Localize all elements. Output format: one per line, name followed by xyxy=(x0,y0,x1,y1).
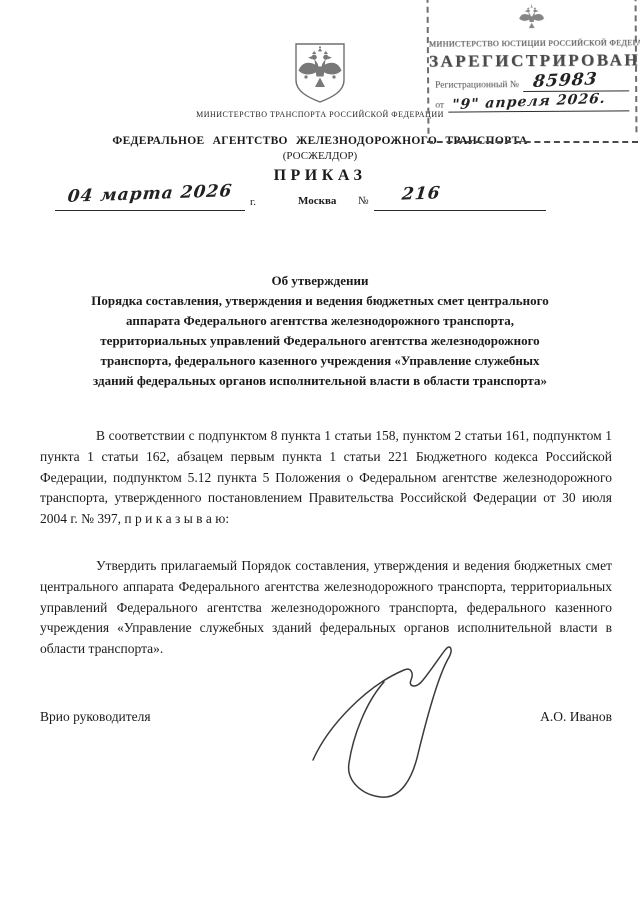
russia-coat-of-arms-icon xyxy=(293,42,347,104)
number-field: 216 xyxy=(374,184,546,211)
stamp-reg-number-value: 85983 xyxy=(522,71,598,91)
signer-name: А.О. Иванов xyxy=(540,709,612,725)
order-title-line: транспорта, федерального казенного учреж… xyxy=(0,351,640,371)
date-field: 04 марта 2026 xyxy=(55,184,245,211)
stamp-ministry-line: МИНИСТЕРСТВО ЮСТИЦИИ РОССИЙСКОЙ ФЕДЕРАЦИ… xyxy=(429,38,635,48)
number-sign: № xyxy=(358,195,369,207)
signature-block: Врио руководителя А.О. Иванов xyxy=(40,709,612,725)
document-type-heading: ПРИКАЗ xyxy=(0,167,640,185)
registration-stamp: МИНИСТЕРСТВО ЮСТИЦИИ РОССИЙСКОЙ ФЕДЕРАЦИ… xyxy=(427,0,638,134)
body-paragraph-preamble: В соответствии с подпунктом 8 пункта 1 с… xyxy=(40,426,612,530)
ministry-justice-eagle-icon xyxy=(516,2,548,38)
order-title-line: территориальных управлений Федерального … xyxy=(0,331,640,351)
order-title-line: аппарата Федерального агентства железнод… xyxy=(0,311,640,331)
stamp-date-prefix: от xyxy=(435,101,444,113)
stamp-reg-number-label: Регистрационный № xyxy=(435,80,519,93)
order-title-line: Об утверждении xyxy=(0,271,640,291)
stamp-date-line: "9" апреля 2026. xyxy=(448,93,629,112)
stamp-reg-number-line: 85983 xyxy=(523,72,629,92)
signer-position: Врио руководителя xyxy=(40,709,151,725)
number-handwritten: 216 xyxy=(401,183,442,204)
stamp-date-value: "9" апреля 2026. xyxy=(447,92,606,113)
date-year-suffix: г. xyxy=(250,196,256,208)
date-handwritten: 04 марта 2026 xyxy=(67,181,234,207)
document-page: МИНИСТЕРСТВО ТРАНСПОРТА РОССИЙСКОЙ ФЕДЕР… xyxy=(0,0,640,905)
order-title: Об утверждении Порядка составления, утве… xyxy=(0,271,640,391)
handwritten-signature xyxy=(280,642,475,810)
stamp-bottom-dashed-border xyxy=(427,141,638,143)
agency-short-name: (РОСЖЕЛДОР) xyxy=(0,150,640,162)
order-title-line: зданий федеральных органов исполнительно… xyxy=(0,371,640,391)
stamp-registered-label: ЗАРЕГИСТРИРОВАНО xyxy=(429,50,635,71)
city-label: Москва xyxy=(298,195,336,207)
agency-name-part1: ФЕДЕРАЛЬНОЕ АГЕНТСТВО ЖЕЛЕЗНОДОРОЖНОГО xyxy=(112,135,437,147)
order-title-line: Порядка составления, утверждения и веден… xyxy=(0,291,640,311)
